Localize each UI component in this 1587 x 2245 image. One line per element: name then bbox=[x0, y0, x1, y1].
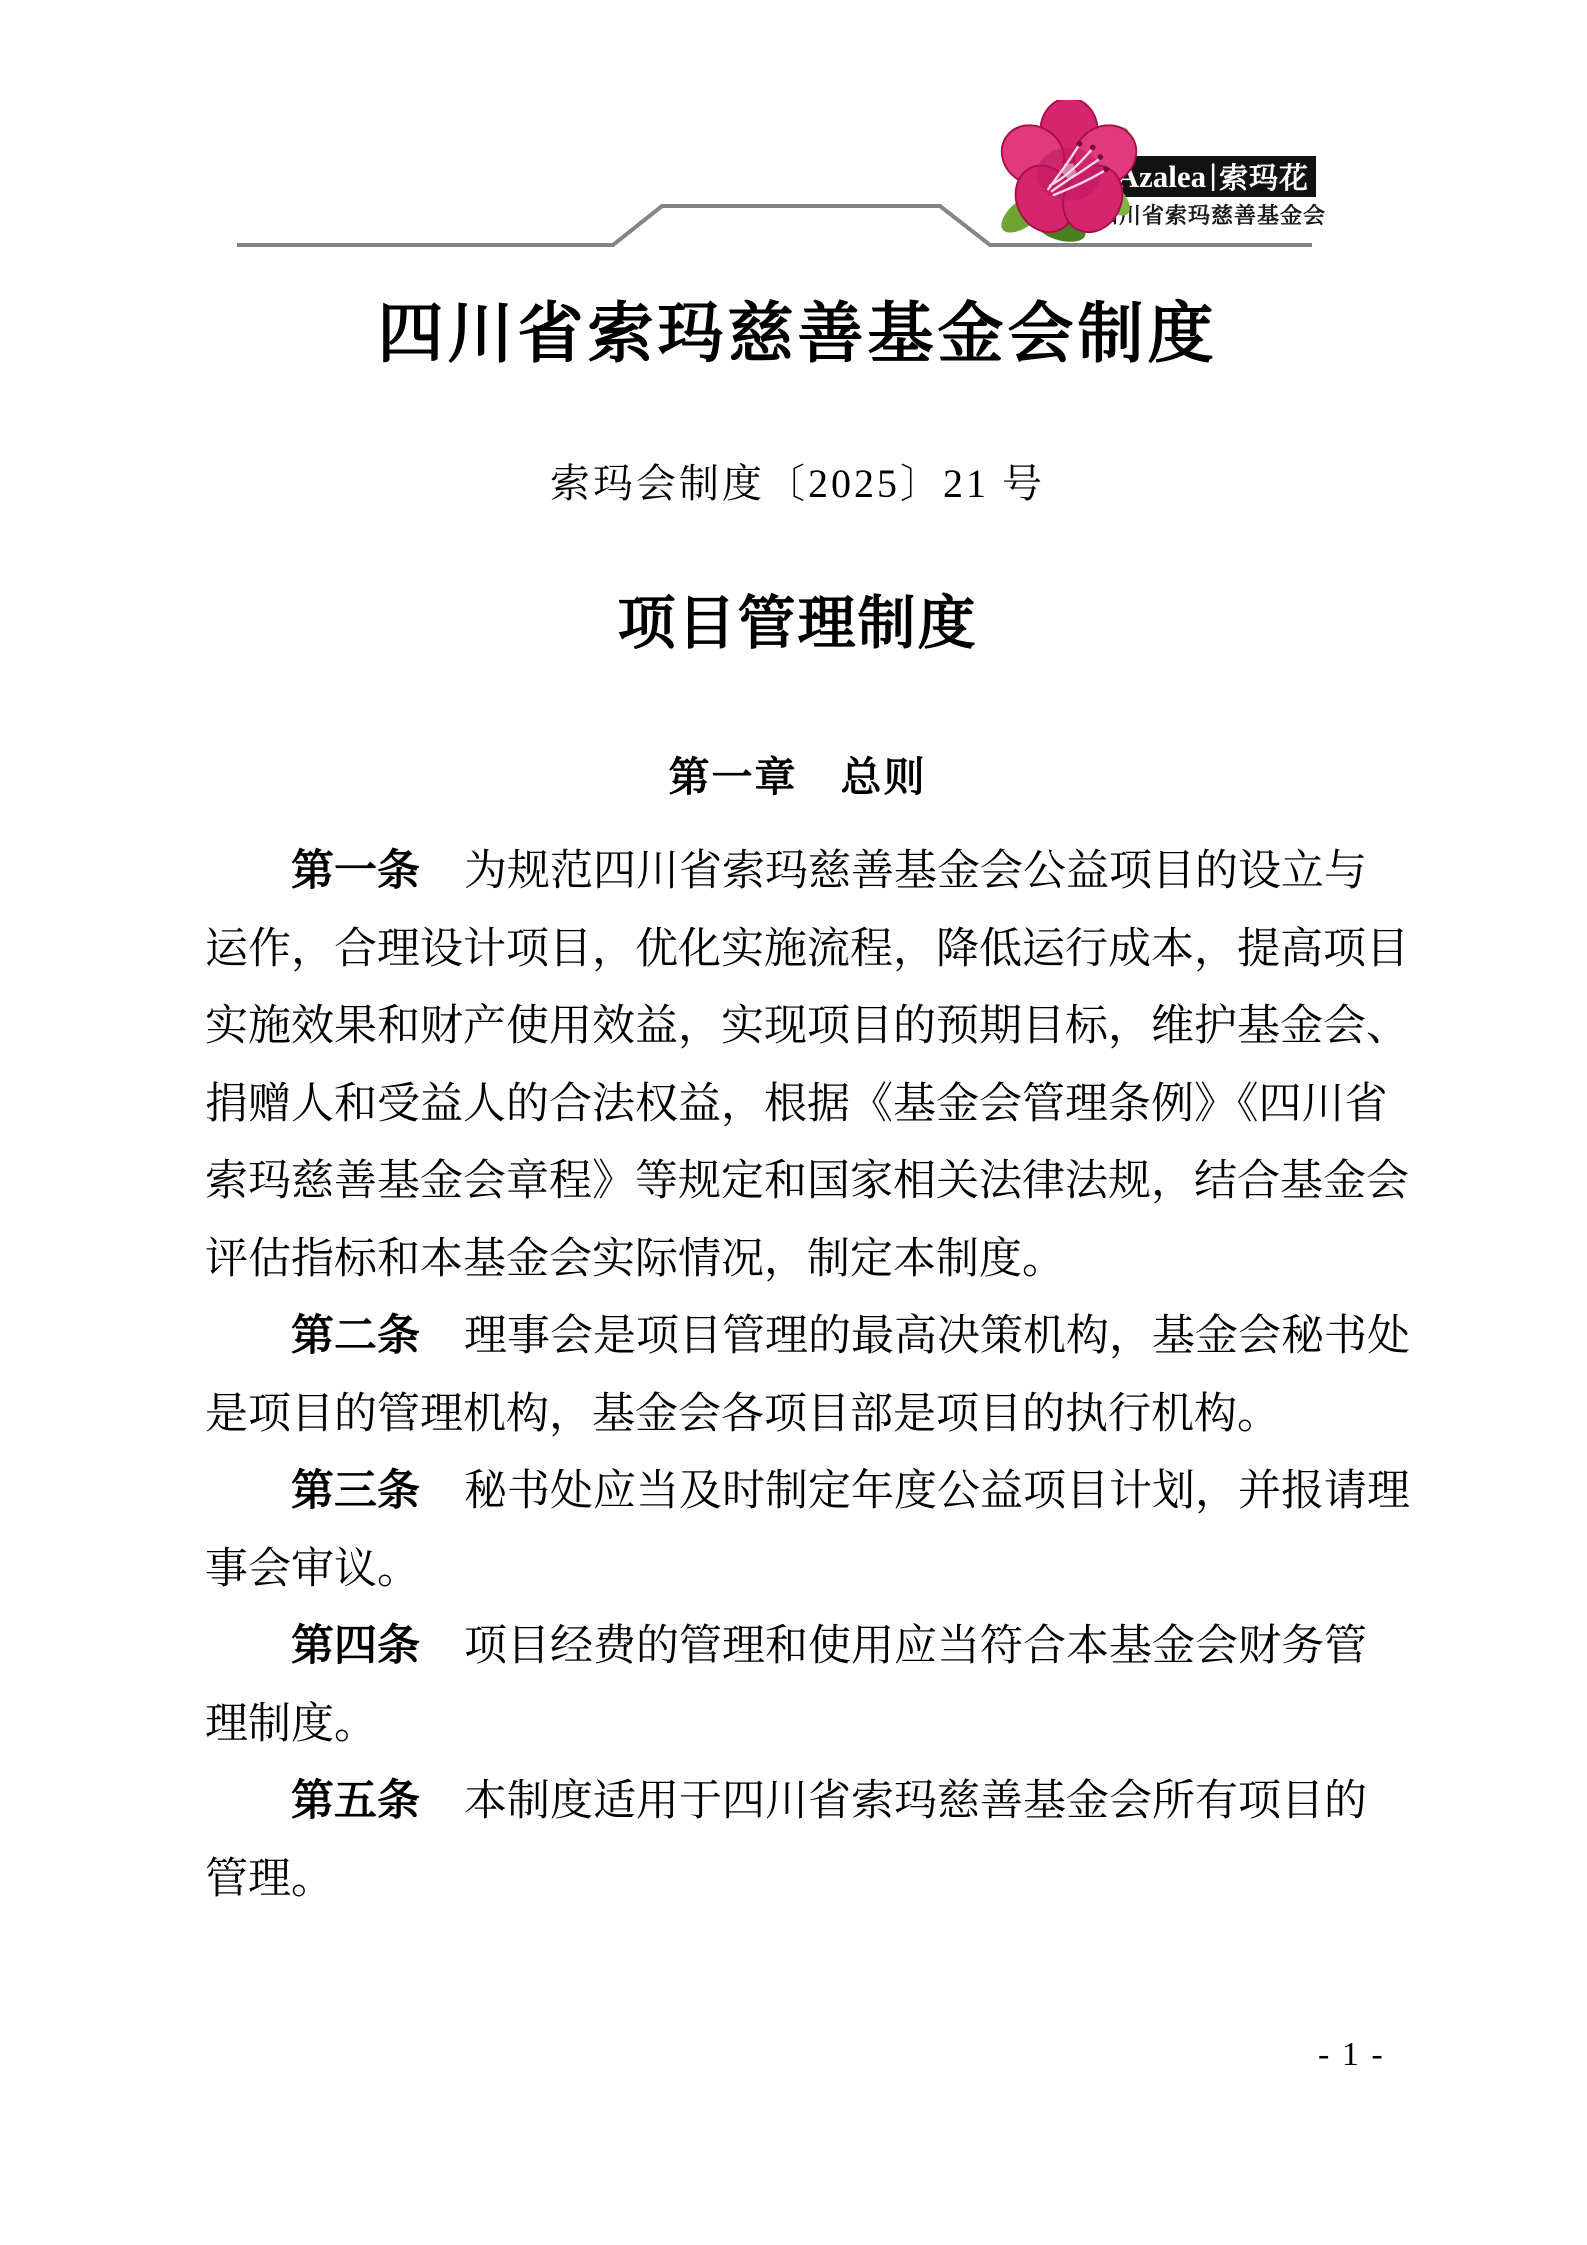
body-line: 第三条秘书处应当及时制定年度公益项目计划，并报请理 bbox=[205, 1453, 1390, 1531]
doc-title: 项目管理制度 bbox=[205, 576, 1390, 660]
body-line: 第一条为规范四川省索玛慈善基金会公益项目的设立与 bbox=[205, 833, 1390, 911]
body-line: 是项目的管理机构，基金会各项目部是项目的执行机构。 bbox=[205, 1376, 1390, 1454]
article-label: 第一条 bbox=[291, 847, 420, 895]
line-text: 事会审议。 bbox=[205, 1546, 420, 1593]
line-text: 评估指标和本基金会实际情况，制定本制度。 bbox=[205, 1236, 1065, 1283]
article-label: 第四条 bbox=[291, 1622, 420, 1670]
article-label: 第二条 bbox=[291, 1312, 420, 1360]
line-text: 为规范四川省索玛慈善基金会公益项目的设立与 bbox=[464, 848, 1367, 895]
document-page: Azalea|索玛花 四川省索玛慈善基金会 四川省索玛慈善基金会制度 索玛会制度… bbox=[0, 0, 1587, 2245]
body-line: 评估指标和本基金会实际情况，制定本制度。 bbox=[205, 1221, 1390, 1299]
body-line: 第四条项目经费的管理和使用应当符合本基金会财务管 bbox=[205, 1608, 1390, 1686]
foundation-logo: Azalea|索玛花 四川省索玛慈善基金会 bbox=[990, 100, 1340, 250]
line-text: 运作，合理设计项目，优化实施流程，降低运行成本，提高项目 bbox=[205, 926, 1409, 973]
page-number: - 1 - bbox=[1318, 2036, 1385, 2074]
body-text: 第一条为规范四川省索玛慈善基金会公益项目的设立与 运作，合理设计项目，优化实施流… bbox=[205, 833, 1390, 1918]
line-text: 管理。 bbox=[205, 1856, 334, 1903]
body-line: 实施效果和财产使用效益，实现项目的预期目标，维护基金会、 bbox=[205, 988, 1390, 1066]
line-text: 是项目的管理机构，基金会各项目部是项目的执行机构。 bbox=[205, 1391, 1280, 1438]
body-line: 运作，合理设计项目，优化实施流程，降低运行成本，提高项目 bbox=[205, 911, 1390, 989]
body-line: 第二条理事会是项目管理的最高决策机构，基金会秘书处 bbox=[205, 1298, 1390, 1376]
body-line: 理制度。 bbox=[205, 1686, 1390, 1764]
line-text: 本制度适用于四川省索玛慈善基金会所有项目的 bbox=[464, 1778, 1367, 1825]
body-line: 捐赠人和受益人的合法权益，根据《基金会管理条例》《四川省 bbox=[205, 1066, 1390, 1144]
body-line: 事会审议。 bbox=[205, 1531, 1390, 1609]
line-text: 秘书处应当及时制定年度公益项目计划，并报请理 bbox=[464, 1468, 1410, 1515]
line-text: 理事会是项目管理的最高决策机构，基金会秘书处 bbox=[464, 1313, 1410, 1360]
logo-separator: | bbox=[1209, 159, 1217, 193]
main-title: 四川省索玛慈善基金会制度 bbox=[205, 280, 1390, 375]
line-text: 理制度。 bbox=[205, 1701, 377, 1748]
line-text: 项目经费的管理和使用应当符合本基金会财务管 bbox=[464, 1623, 1367, 1670]
line-text: 捐赠人和受益人的合法权益，根据《基金会管理条例》《四川省 bbox=[205, 1081, 1388, 1128]
line-text: 实施效果和财产使用效益，实现项目的预期目标，维护基金会、 bbox=[205, 1003, 1409, 1050]
body-line: 管理。 bbox=[205, 1841, 1390, 1919]
body-line: 索玛慈善基金会章程》等规定和国家相关法律法规，结合基金会 bbox=[205, 1143, 1390, 1221]
line-text: 索玛慈善基金会章程》等规定和国家相关法律法规，结合基金会 bbox=[205, 1158, 1409, 1205]
body-line: 第五条本制度适用于四川省索玛慈善基金会所有项目的 bbox=[205, 1763, 1390, 1841]
doc-number: 索玛会制度〔2025〕21 号 bbox=[205, 452, 1390, 509]
azalea-flower-icon bbox=[990, 100, 1148, 252]
article-label: 第三条 bbox=[291, 1467, 420, 1515]
chapter-heading: 第一章 总则 bbox=[205, 744, 1390, 803]
logo-brand-zh: 索玛花 bbox=[1219, 156, 1309, 197]
article-label: 第五条 bbox=[291, 1777, 420, 1825]
